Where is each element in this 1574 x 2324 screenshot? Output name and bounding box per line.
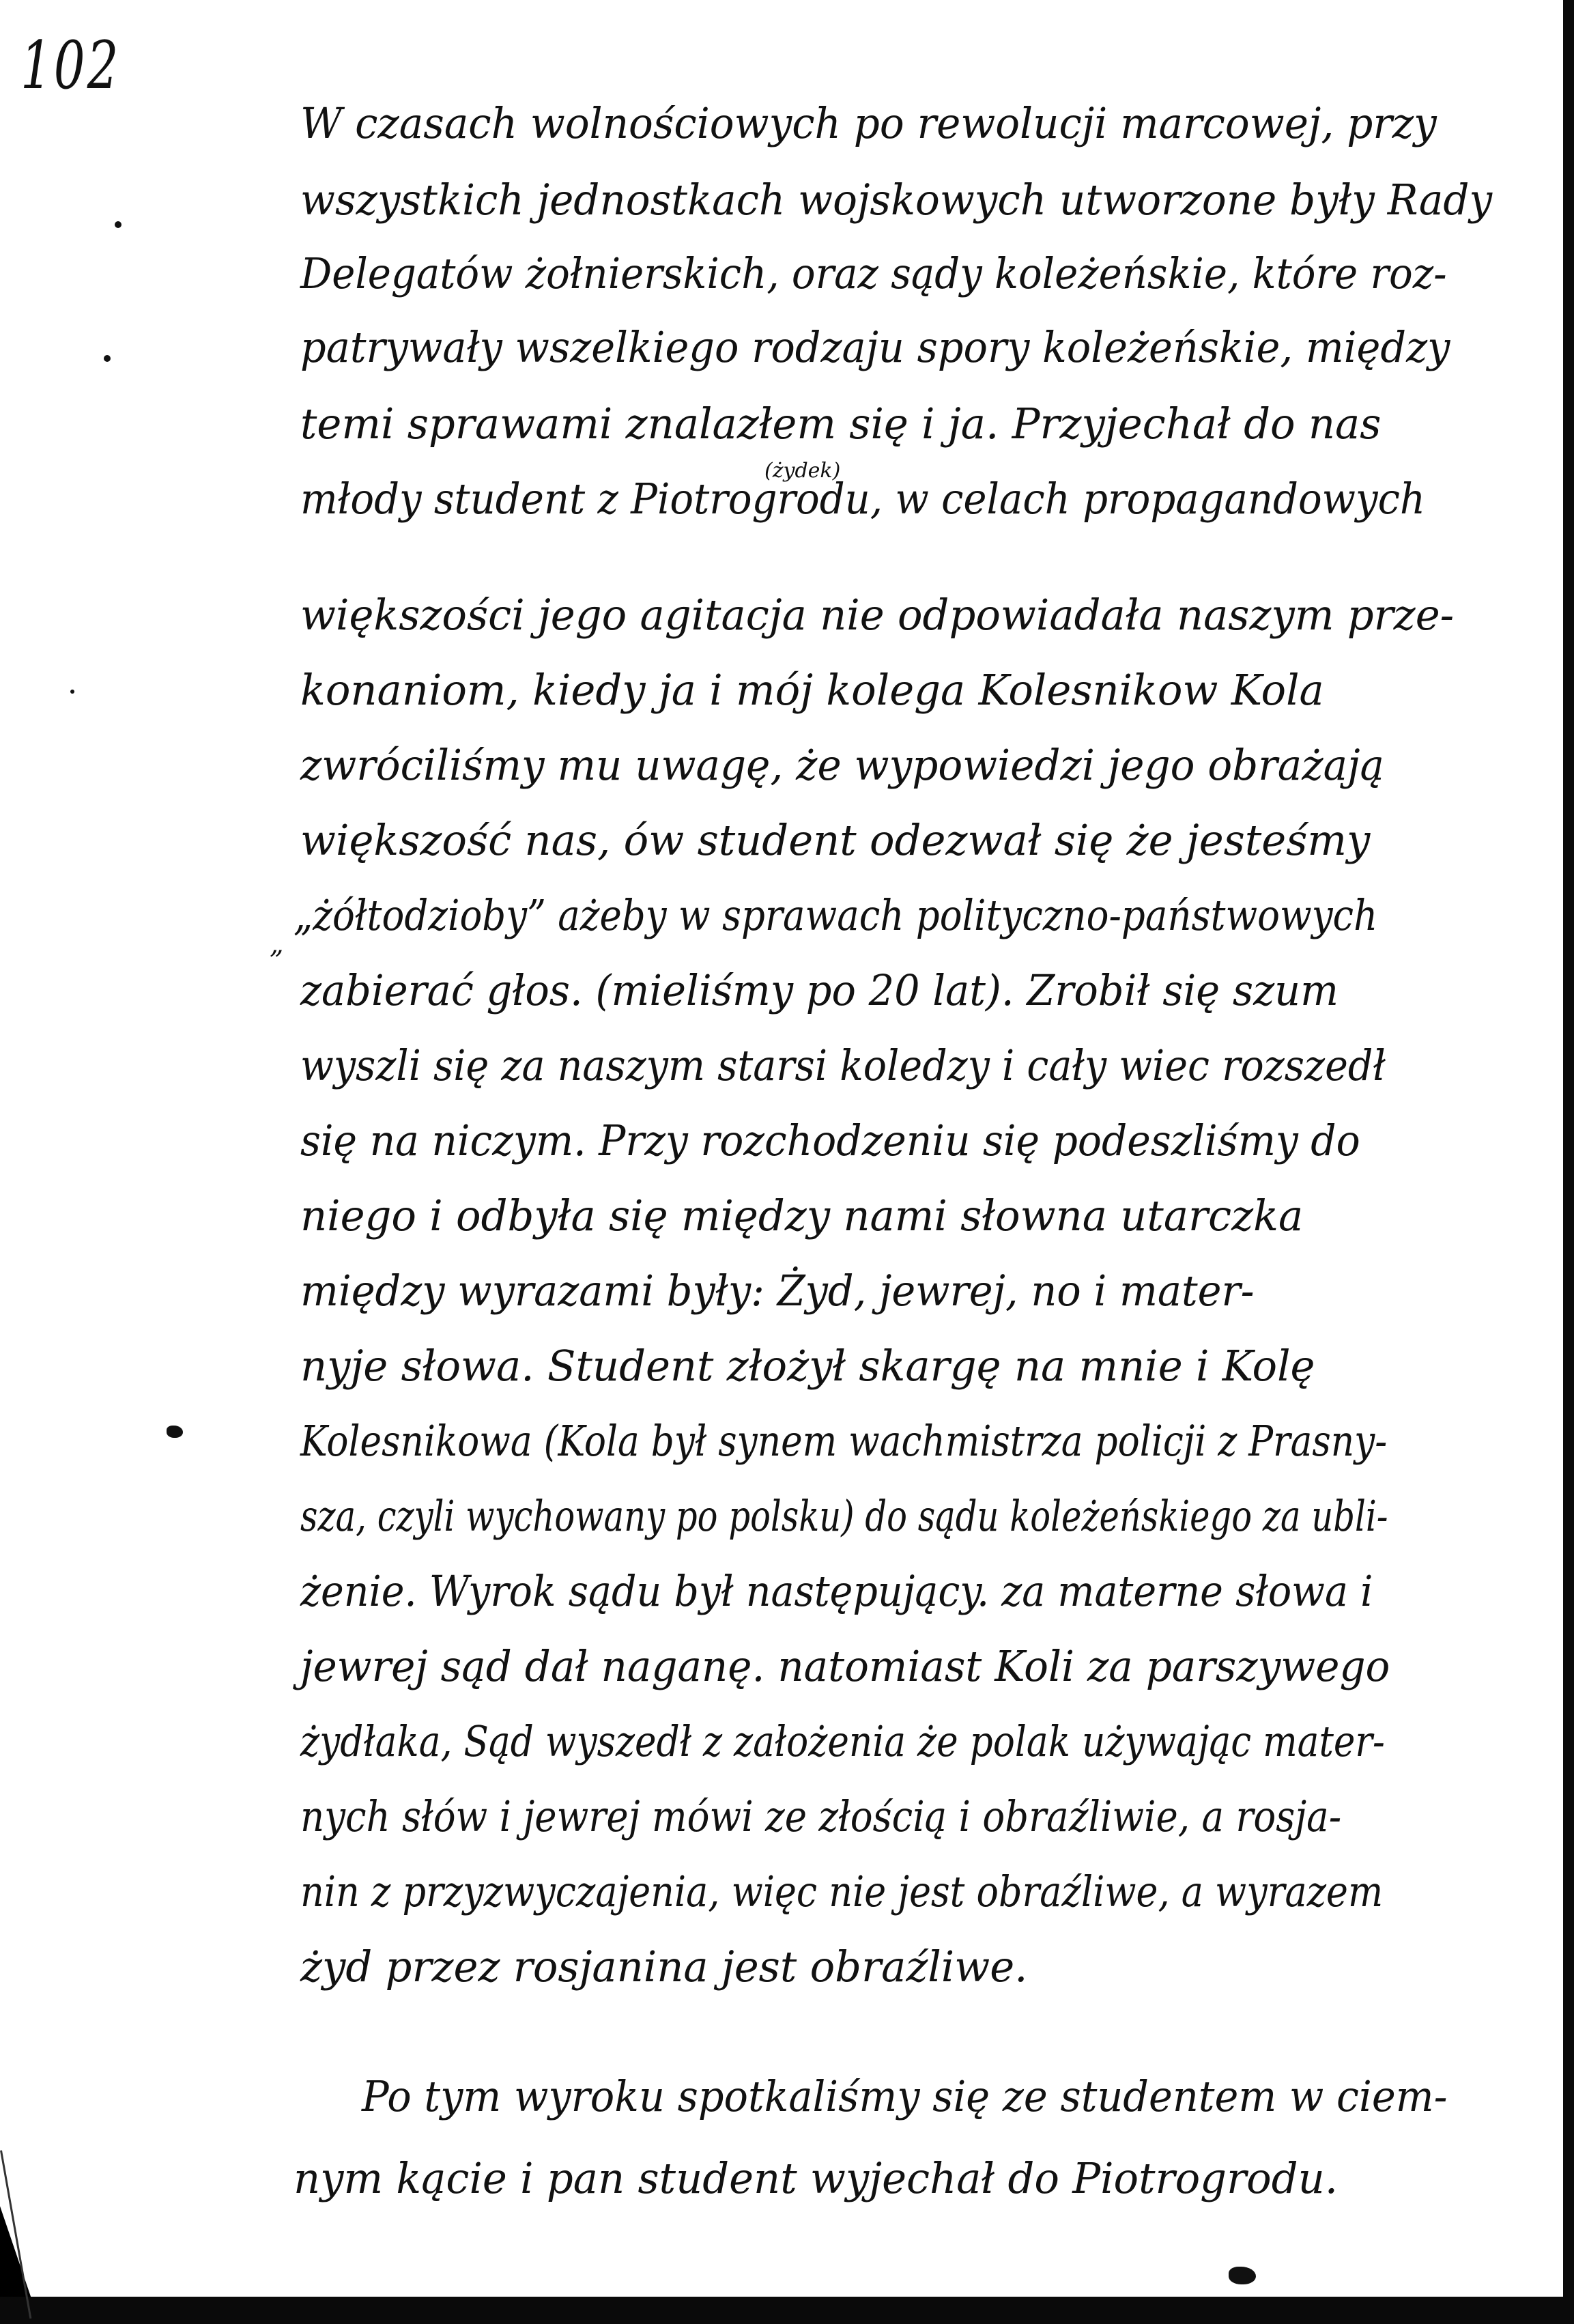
text-line: żyd przez rosjanina jest obraźliwe.	[300, 1946, 1028, 1988]
text-line: konaniom, kiedy ja i mój kolega Kolesnik…	[300, 669, 1324, 711]
text-line: żenie. Wyrok sądu był następujący. za ma…	[300, 1570, 1373, 1613]
text-line: zwróciliśmy mu uwagę, że wypowiedzi jego…	[300, 744, 1384, 787]
text-line: W czasach wolnościowych po rewolucji mar…	[300, 102, 1437, 145]
text-line: Kolesnikowa (Kola był synem wachmistrza …	[300, 1420, 1387, 1462]
text-line: między wyrazami były: Żyd, jewrej, no i …	[300, 1270, 1255, 1312]
interlinear-annotation: (żydek)	[764, 459, 840, 483]
text-line: sza, czyli wychowany po polsku) do sądu …	[300, 1495, 1388, 1537]
text-line: wyszli się za naszym starsi koledzy i ca…	[300, 1045, 1386, 1087]
ink-blot	[1229, 2267, 1256, 2284]
ink-blot	[167, 1426, 183, 1438]
text-line: większości jego agitacja nie odpowiadała…	[300, 594, 1454, 636]
text-line: nym kącie i pan student wyjechał do Piot…	[294, 2157, 1338, 2200]
scan-speck	[104, 355, 111, 362]
handwritten-text: W czasach wolnościowych po rewolucji mar…	[0, 0, 1574, 2324]
text-line: nyje słowa. Student złożył skargę na mni…	[300, 1345, 1315, 1387]
text-line: większość nas, ów student odezwał się że…	[300, 819, 1370, 862]
text-line: temi sprawami znalazłem się i ja. Przyje…	[300, 403, 1381, 445]
text-line: nych słów i jewrej mówi ze złością i obr…	[300, 1796, 1341, 1838]
text-line: się na niczym. Przy rozchodzeniu się pod…	[300, 1120, 1360, 1162]
scan-speck	[115, 221, 121, 228]
text-line: zabierać głos. (mieliśmy po 20 lat). Zro…	[300, 969, 1339, 1012]
text-line: jewrej sąd dał naganę. natomiast Koli za…	[300, 1645, 1390, 1688]
text-line: Po tym wyroku spotkaliśmy się ze student…	[362, 2075, 1447, 2118]
margin-quote-mark: „	[270, 929, 284, 960]
scan-speck	[70, 690, 74, 694]
text-line: wszystkich jednostkach wojskowych utworz…	[300, 179, 1492, 221]
text-line: Delegatów żołnierskich, oraz sądy koleże…	[300, 253, 1447, 295]
text-line: patrywały wszelkiego rodzaju spory koleż…	[300, 326, 1450, 369]
text-line: nin z przyzwyczajenia, więc nie jest obr…	[300, 1871, 1383, 1913]
text-line: żydłaka, Sąd wyszedł z założenia że pola…	[300, 1720, 1385, 1763]
text-line: „żółtodzioby” ażeby w sprawach polityczn…	[294, 894, 1377, 937]
text-line: niego i odbyła się między nami słowna ut…	[300, 1195, 1303, 1237]
text-line: młody student z Piotrogrodu, w celach pr…	[300, 478, 1425, 520]
